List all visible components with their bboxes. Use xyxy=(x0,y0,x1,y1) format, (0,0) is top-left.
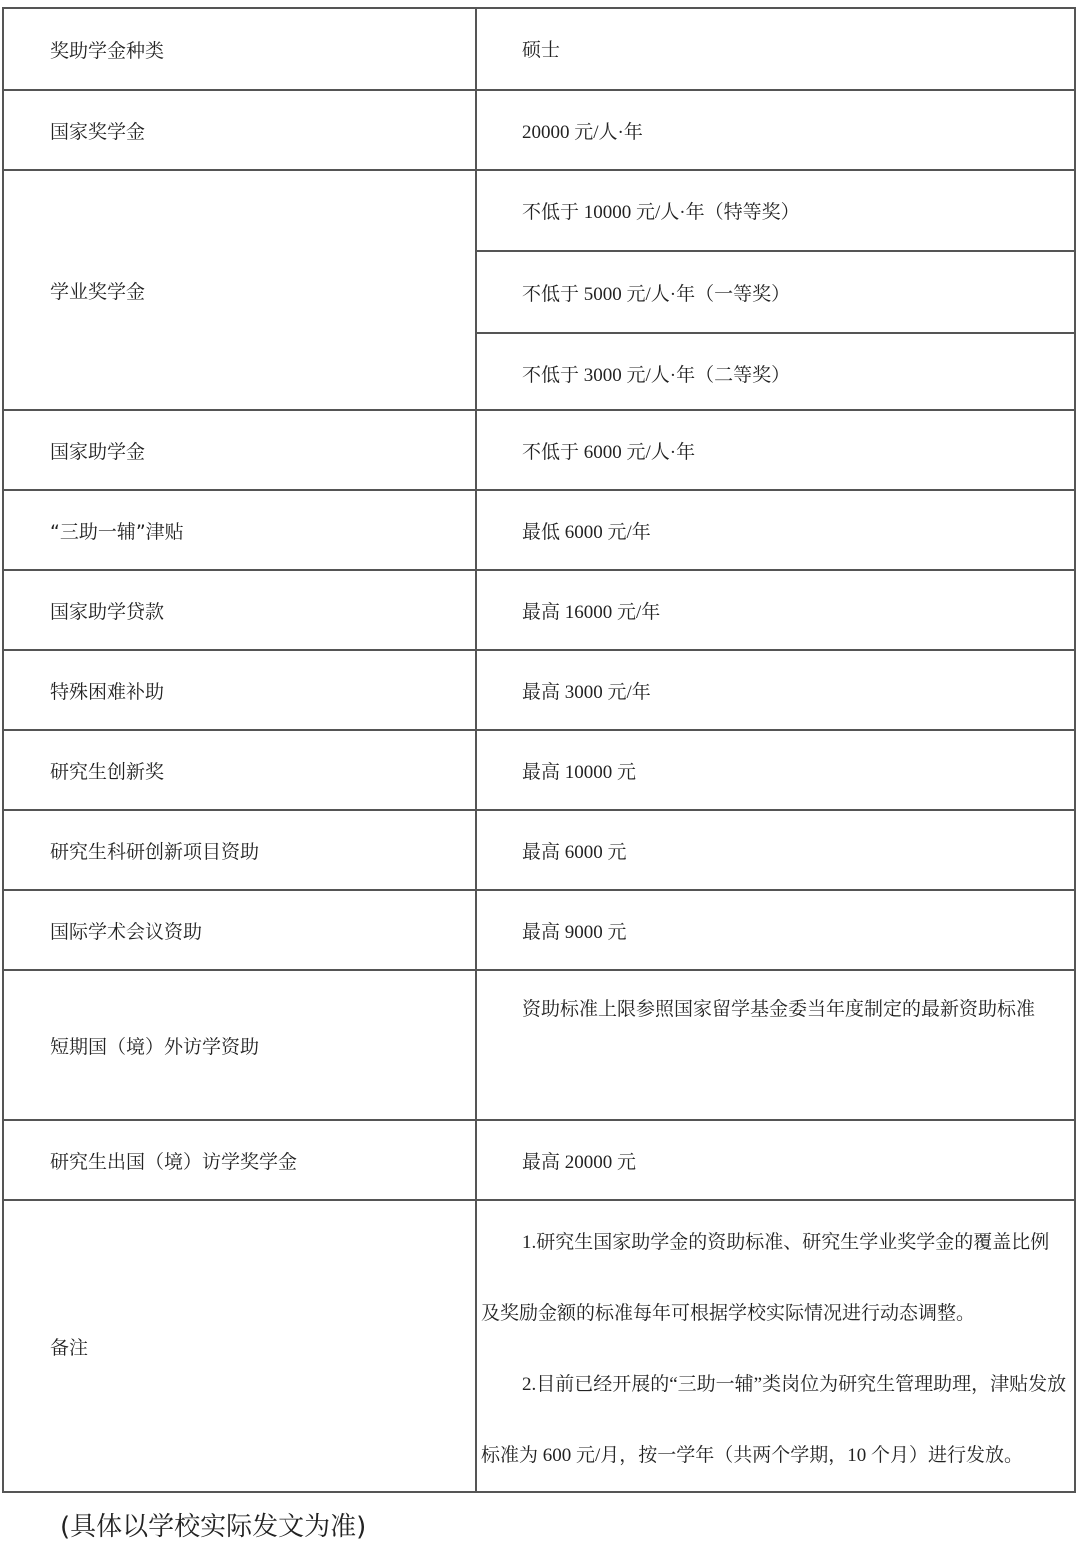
row-value: 最高 16000 元/年 xyxy=(477,571,1074,649)
row-label: 备注 xyxy=(4,1201,477,1491)
row-label: 研究生科研创新项目资助 xyxy=(4,811,477,889)
row-value: 最高 6000 元 xyxy=(477,811,1074,889)
row-label: 国家奖学金 xyxy=(4,91,477,169)
table-row: 国际学术会议资助 最高 9000 元 xyxy=(4,889,1074,969)
row-value: 最高 9000 元 xyxy=(477,891,1074,969)
table-row: 国家助学金 不低于 6000 元/人·年 xyxy=(4,409,1074,489)
row-value-special: 不低于 10000 元/人·年（特等奖） xyxy=(477,171,1074,250)
table-row-notes: 备注 1.研究生国家助学金的资助标准、研究生学业奖学金的覆盖比例及奖励金额的标准… xyxy=(4,1199,1074,1491)
row-label: 短期国（境）外访学资助 xyxy=(4,971,477,1119)
table-row: 国家奖学金 20000 元/人·年 xyxy=(4,89,1074,169)
row-value: 20000 元/人·年 xyxy=(477,91,1074,169)
scholarship-table: 奖助学金种类 硕士 国家奖学金 20000 元/人·年 学业奖学金 不低于 10… xyxy=(2,7,1076,1493)
header-level: 硕士 xyxy=(477,9,1074,87)
row-value: 不低于 6000 元/人·年 xyxy=(477,411,1074,489)
table-row: 研究生科研创新项目资助 最高 6000 元 xyxy=(4,809,1074,889)
row-label: 国家助学贷款 xyxy=(4,571,477,649)
row-value-second: 不低于 3000 元/人·年（二等奖） xyxy=(477,332,1074,413)
row-value: 资助标准上限参照国家留学基金委当年度制定的最新资助标准 xyxy=(477,971,1074,1045)
table-row: 研究生出国（境）访学奖学金 最高 20000 元 xyxy=(4,1119,1074,1199)
row-label: 特殊困难补助 xyxy=(4,651,477,729)
row-value: 最高 20000 元 xyxy=(477,1121,1074,1199)
table-row: 学业奖学金 不低于 10000 元/人·年（特等奖） 不低于 5000 元/人·… xyxy=(4,169,1074,409)
note-1: 1.研究生国家助学金的资助标准、研究生学业奖学金的覆盖比例及奖励金额的标准每年可… xyxy=(477,1207,1074,1349)
table-row: 特殊困难补助 最高 3000 元/年 xyxy=(4,649,1074,729)
row-label: 学业奖学金 xyxy=(4,171,477,409)
footer-note: (具体以学校实际发文为准) xyxy=(60,1506,366,1543)
row-label: 研究生出国（境）访学奖学金 xyxy=(4,1121,477,1199)
row-value: 最高 10000 元 xyxy=(477,731,1074,809)
note-2: 2.目前已经开展的“三助一辅”类岗位为研究生管理助理，津贴发放标准为 600 元… xyxy=(477,1349,1074,1491)
row-label: 研究生创新奖 xyxy=(4,731,477,809)
table-row: 国家助学贷款 最高 16000 元/年 xyxy=(4,569,1074,649)
row-label: 国际学术会议资助 xyxy=(4,891,477,969)
table-header-row: 奖助学金种类 硕士 xyxy=(4,9,1074,89)
table-row: 研究生创新奖 最高 10000 元 xyxy=(4,729,1074,809)
row-value: 最低 6000 元/年 xyxy=(477,491,1074,569)
table-row: 短期国（境）外访学资助 资助标准上限参照国家留学基金委当年度制定的最新资助标准 xyxy=(4,969,1074,1119)
row-value-first: 不低于 5000 元/人·年（一等奖） xyxy=(477,250,1074,332)
row-label: 国家助学金 xyxy=(4,411,477,489)
row-label: “三助一辅”津贴 xyxy=(4,491,477,569)
header-category: 奖助学金种类 xyxy=(4,9,477,89)
row-value: 最高 3000 元/年 xyxy=(477,651,1074,729)
table-row: “三助一辅”津贴 最低 6000 元/年 xyxy=(4,489,1074,569)
